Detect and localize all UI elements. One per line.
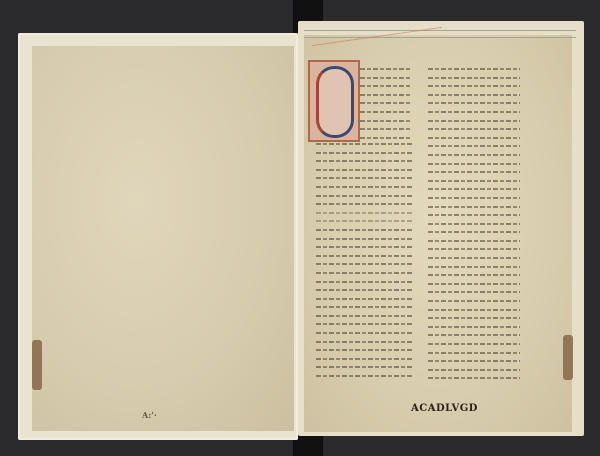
library-stamp: ACADLVGD — [411, 403, 478, 414]
illuminated-initial — [308, 60, 360, 142]
initial-letter-o — [316, 66, 354, 138]
left-page-blank — [32, 46, 294, 431]
text-column-a-top — [360, 68, 412, 145]
left-stain — [32, 340, 42, 390]
right-stain — [563, 335, 573, 380]
left-stamp: A:’· — [142, 410, 157, 420]
text-column-a — [316, 143, 412, 384]
text-column-b — [428, 68, 520, 386]
